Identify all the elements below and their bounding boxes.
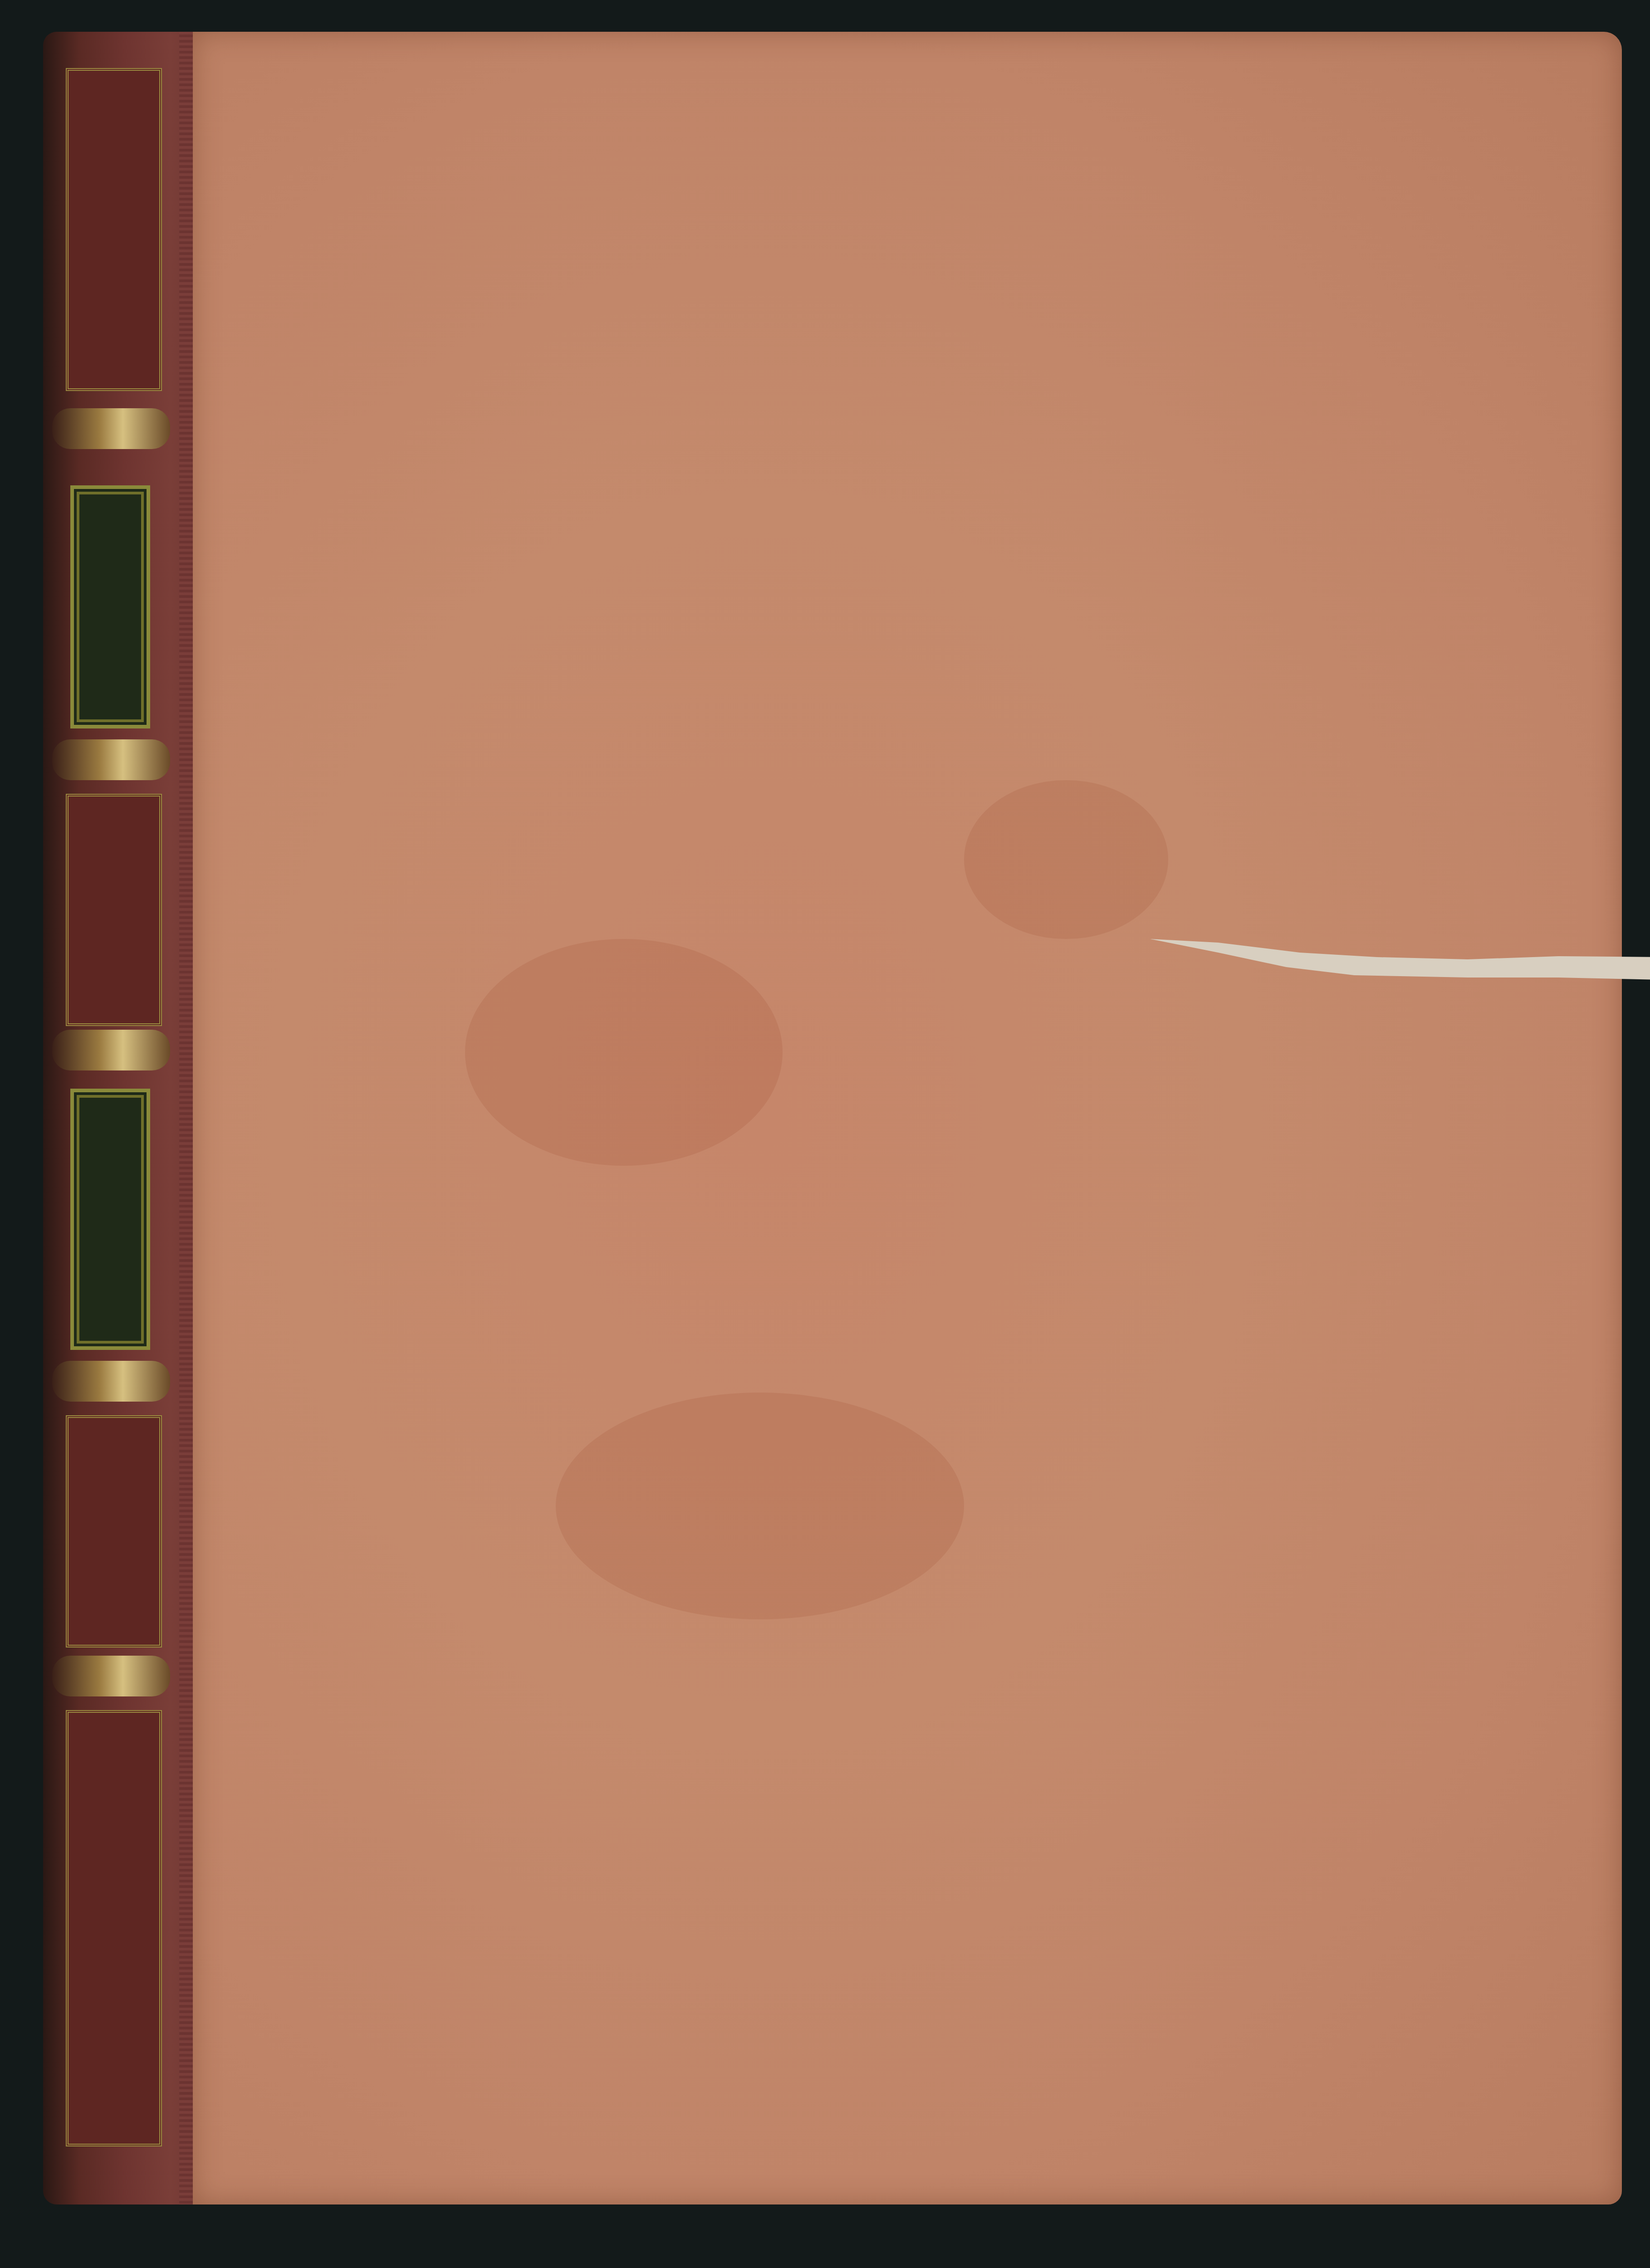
spine-panel <box>66 1710 162 2146</box>
spine-panel <box>66 794 162 1026</box>
stain <box>556 1393 964 1619</box>
spine-band <box>52 739 170 780</box>
spine-panel <box>66 68 162 391</box>
spine-panel <box>66 1415 162 1647</box>
spine-band <box>52 1656 170 1696</box>
spine-band <box>52 1361 170 1402</box>
cover-tear <box>1150 934 1650 993</box>
stain <box>964 780 1168 939</box>
spine-band <box>52 408 170 449</box>
spine-volume-label <box>70 1089 150 1350</box>
book <box>43 32 1622 2204</box>
front-cover <box>193 32 1622 2204</box>
stain <box>465 939 783 1166</box>
spine-title-label <box>70 485 150 728</box>
spine-band <box>52 1030 170 1070</box>
